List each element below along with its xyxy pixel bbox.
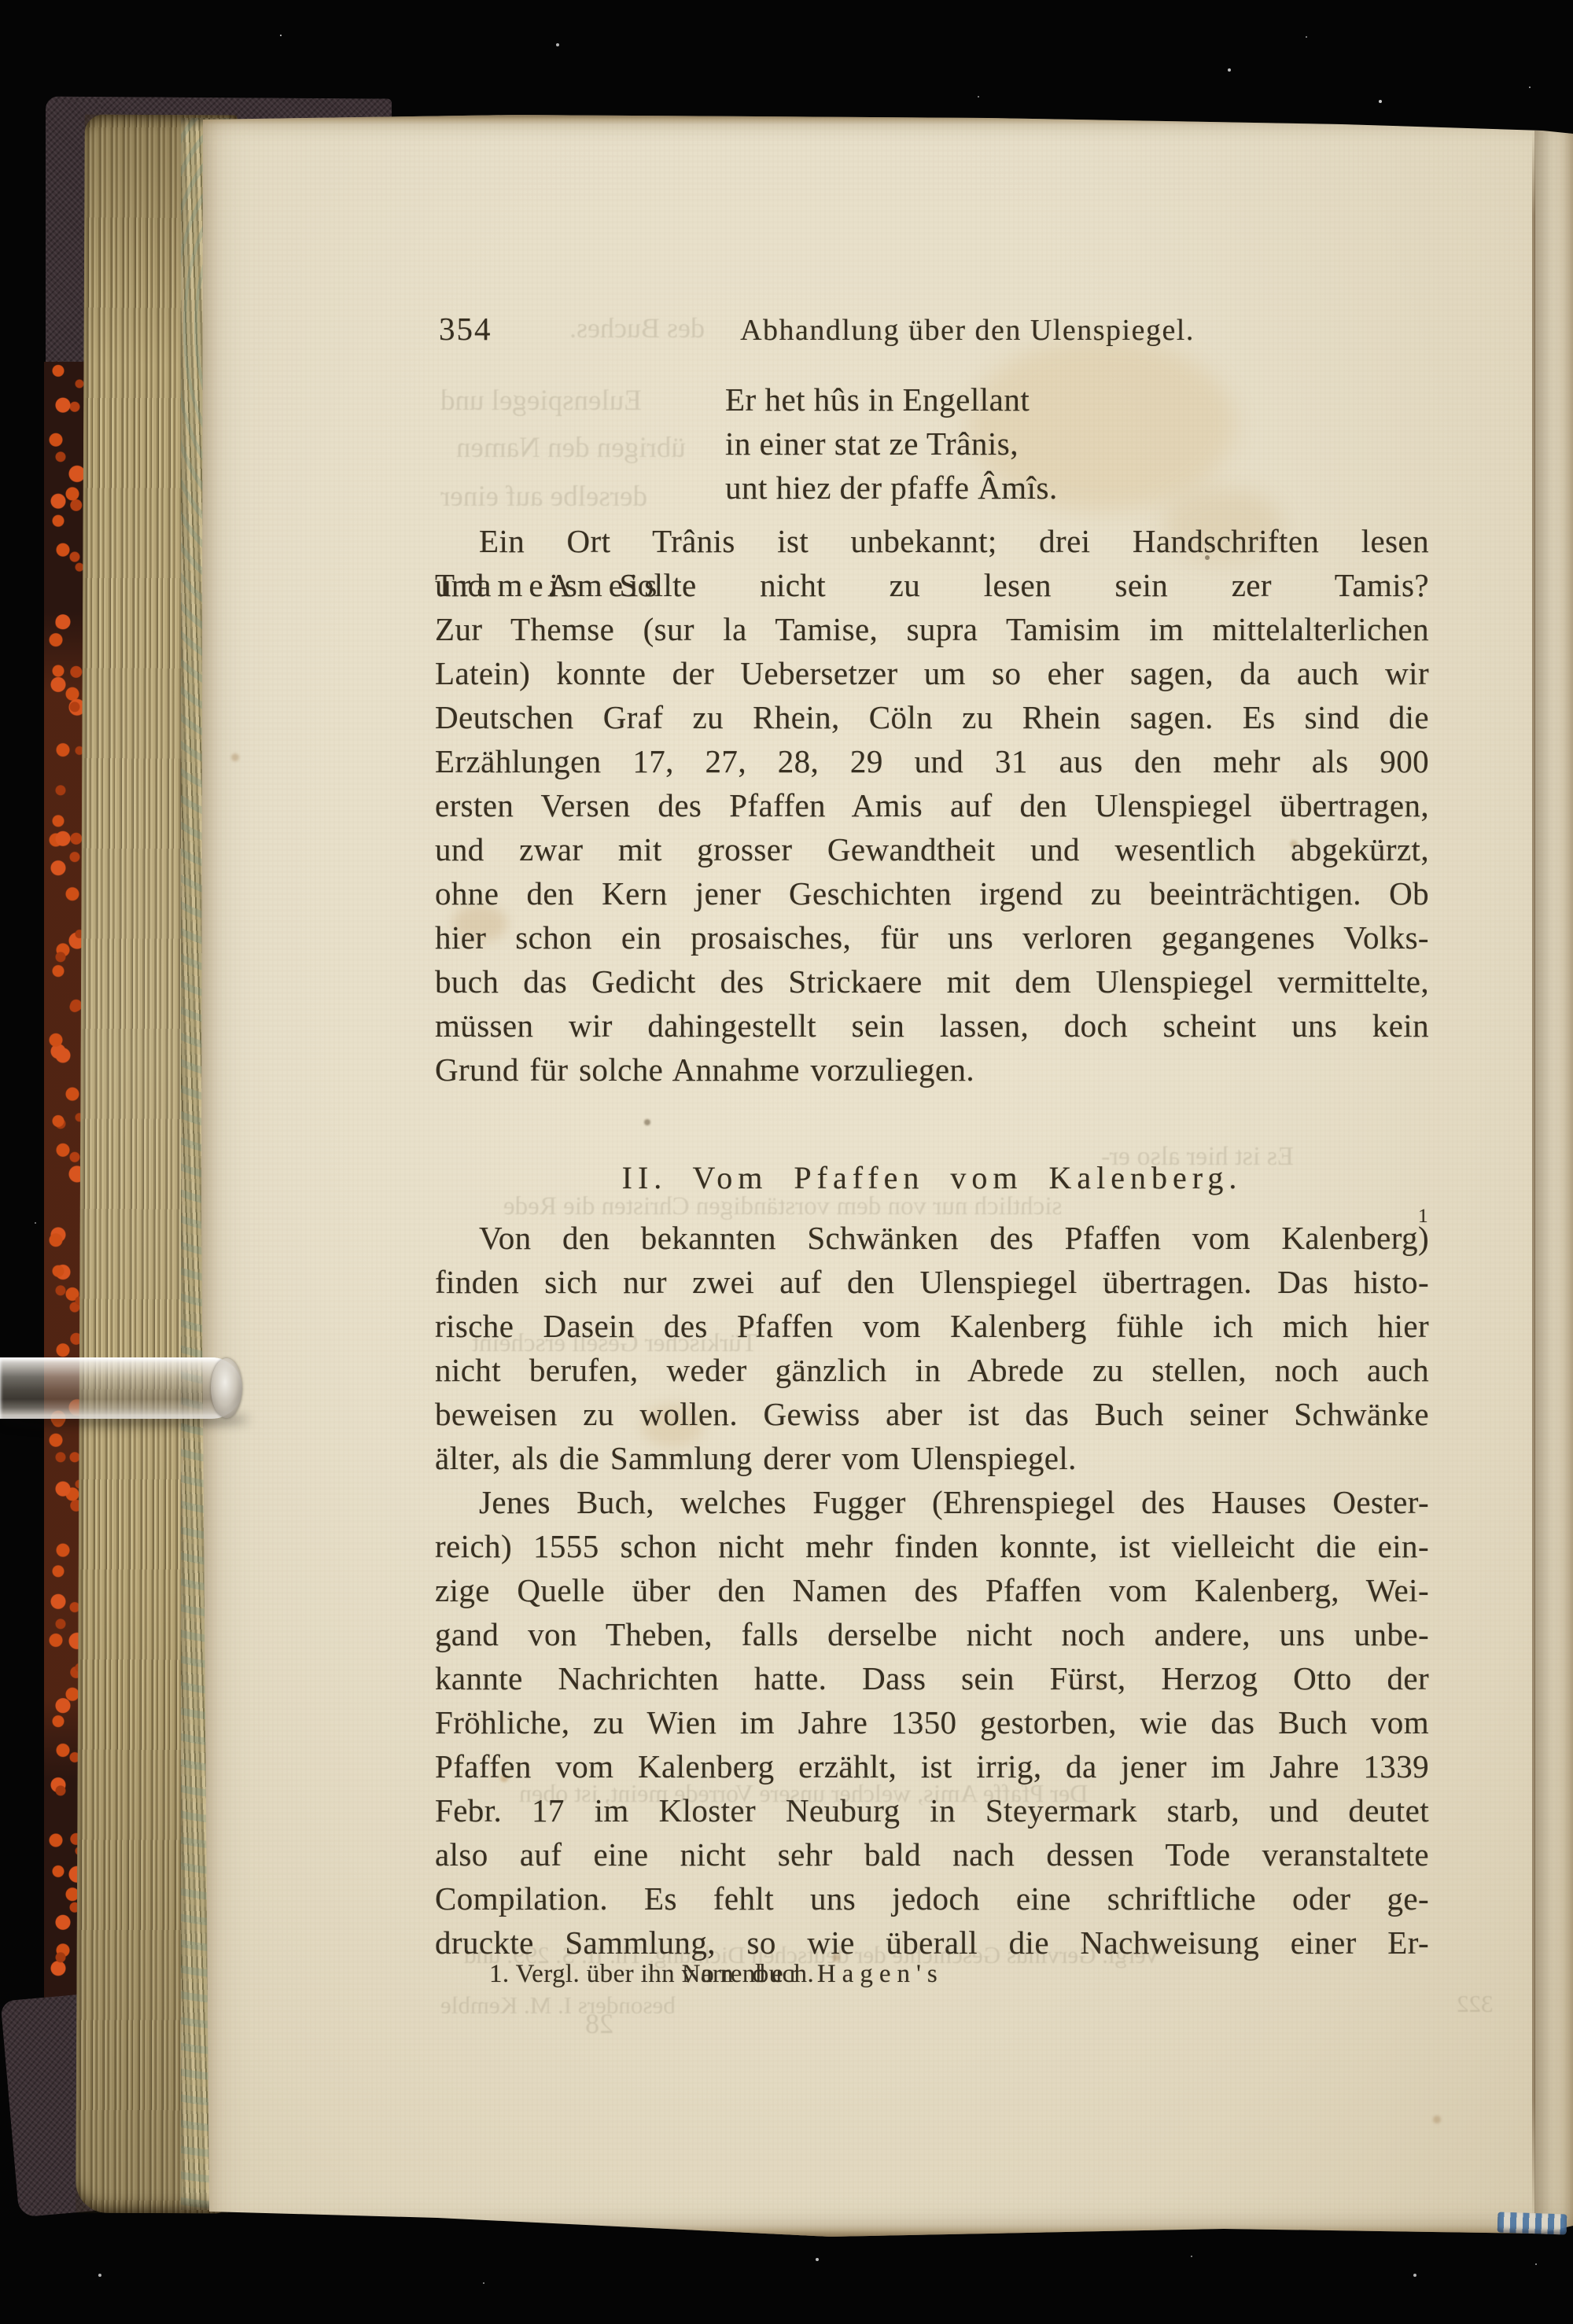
dust-specks — [280, 35, 282, 36]
text-line: reich) 1555 schon nicht mehr finden konn… — [435, 1524, 1429, 1568]
verse-line: unt hiez der pfaffe Âmîs. — [725, 466, 1276, 510]
spaced-text: von der Hagen's — [682, 1960, 944, 1989]
text-line: druckte Sammlung, so wie überall die Nac… — [435, 1921, 1429, 1965]
bleedthrough-text: besonders I. M. Kemble — [440, 1991, 676, 2020]
text-line: finden sich nur zwei auf den Ulenspiegel… — [435, 1260, 1429, 1304]
text-line: buch das Gedicht des Strickaere mit dem … — [435, 959, 1429, 1004]
text-line: ohne den Kern jener Geschichten irgend z… — [435, 871, 1429, 915]
bleedthrough-text: übrigen den Namen — [456, 431, 686, 465]
gutter-shadow — [1534, 131, 1573, 2232]
footnote: 1. Vergl. über ihn von der Hagen's Narre… — [489, 1960, 1354, 1989]
text-line: also auf eine nicht sehr bald nach desse… — [435, 1832, 1429, 1877]
running-header: Abhandlung über den Ulenspiegel. — [708, 313, 1227, 348]
text-line: zige Quelle über den Namen des Pfaffen v… — [435, 1568, 1429, 1612]
text-line: Erzählungen 17, 27, 28, 29 und 31 aus de… — [435, 739, 1429, 783]
text-line: gand von Theben, falls derselbe nicht no… — [435, 1612, 1429, 1656]
bleedthrough-text: Eulenspiegel und — [440, 384, 642, 418]
bleedthrough-text: derselbe auf einer — [440, 480, 647, 514]
bleedthrough-text: des Buches. — [569, 311, 705, 344]
verse-line: Er het hûs in Engellant — [725, 378, 1276, 422]
endband-ribbon — [1497, 2212, 1567, 2234]
paragraph: Jenes Buch, welches Fugger (Ehrenspiegel… — [435, 1480, 1429, 1965]
verse-quote: Er het hûs in Engellantin einer stat ze … — [725, 378, 1276, 510]
text-line: kannte Nachrichten hatte. Dass sein Fürs… — [435, 1656, 1429, 1700]
text-line: rische Dasein des Pfaffen vom Kalenberg … — [435, 1304, 1429, 1348]
page-number: 354 — [439, 310, 492, 348]
acrylic-rod-end — [211, 1358, 242, 1418]
text-line: Jenes Buch, welches Fugger (Ehrenspiegel… — [435, 1480, 1429, 1524]
text-line: Zur Themse (sur la Tamise, supra Tamisim… — [435, 607, 1429, 651]
bleedthrough-text: 322 — [1457, 1990, 1494, 2018]
text-line: und zwar mit grosser Gewandtheit und wes… — [435, 827, 1429, 871]
page-bottom-edge-shadow — [201, 2226, 1573, 2238]
text-line: Pfaffen vom Kalenberg erzählt, ist irrig… — [435, 1744, 1429, 1788]
page-top-edge-shadow — [201, 113, 1573, 124]
spaced-text: Ameis — [547, 563, 663, 607]
text-line: Latein) konnte der Uebersetzer um so ehe… — [435, 651, 1429, 695]
text-line: hier schon ein prosaisches, für uns verl… — [435, 915, 1429, 959]
text-line: Grund für solche Annahme vorzuliegen. — [435, 1048, 1429, 1092]
paragraph: Von den bekannten Schwänken des Pfaffen … — [435, 1216, 1429, 1480]
bleedthrough-text: 28 — [585, 2007, 613, 2040]
text-line: Von den bekannten Schwänken des Pfaffen … — [435, 1216, 1429, 1260]
photo-backdrop: des Buches.Eulenspiegel undübrigen den N… — [0, 0, 1573, 2324]
text-line: Deutschen Graf zu Rhein, Cöln zu Rhein s… — [435, 695, 1429, 739]
text-line: Ein Ort Trânis ist unbekannt; drei Hands… — [435, 519, 1429, 563]
text-line: Febr. 17 im Kloster Neuburg in Steyermar… — [435, 1788, 1429, 1832]
text-line: ersten Versen des Pfaffen Amis auf den U… — [435, 783, 1429, 827]
text-line: Trameis und Ameis. Sollte nicht zu lesen… — [435, 563, 1429, 607]
paragraph: Ein Ort Trânis ist unbekannt; drei Hands… — [435, 519, 1429, 1092]
text-line: beweisen zu wollen. Gewiss aber ist das … — [435, 1392, 1429, 1436]
text-line: Compilation. Es fehlt uns jedoch eine sc… — [435, 1877, 1429, 1921]
text-line: Fröhliche, zu Wien im Jahre 1350 gestorb… — [435, 1700, 1429, 1744]
text-line: müssen wir dahingestellt sein lassen, do… — [435, 1004, 1429, 1048]
text-line: nicht berufen, weder gänzlich in Abrede … — [435, 1348, 1429, 1392]
text-line: älter, als die Sammlung derer vom Ulensp… — [435, 1436, 1429, 1480]
acrylic-rod — [0, 1357, 242, 1419]
verse-line: in einer stat ze Trânis, — [725, 422, 1276, 466]
section-heading: II. Vom Pfaffen vom Kalenberg. — [435, 1159, 1429, 1196]
